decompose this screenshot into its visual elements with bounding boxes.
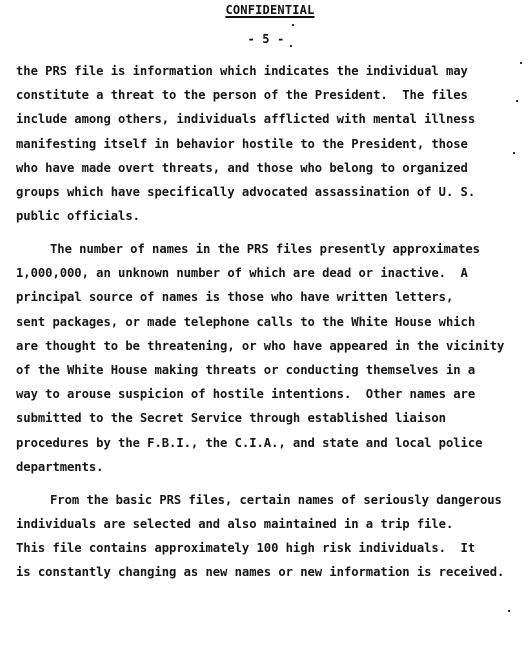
paragraph-2-line: sent packages, or made telephone calls t… [16,315,475,329]
paragraph-2-line: are thought to be threatening, or who ha… [16,339,504,353]
scan-speck [508,610,510,612]
paragraph-3-line: is constantly changing as new names or n… [16,565,504,579]
paragraph-1-line: include among others, individuals afflic… [16,112,475,126]
paragraph-3-line: This file contains approximately 100 hig… [16,541,475,555]
scan-speck [513,152,515,154]
paragraph-3-line: individuals are selected and also mainta… [16,517,453,531]
paragraph-2-line: submitted to the Secret Service through … [16,411,446,425]
paragraph-1-line: the PRS file is information which indica… [16,64,468,78]
scan-speck [516,100,518,102]
scan-speck [300,12,302,14]
scan-speck [292,24,294,26]
paragraph-2-line: principal source of names is those who h… [16,290,453,304]
scan-speck [290,45,292,47]
paragraph-2-line: 1,000,000, an unknown number of which ar… [16,266,468,280]
paragraph-2-line: of the White House making threats or con… [16,363,475,377]
paragraph-2-line: way to arouse suspicion of hostile inten… [16,387,475,401]
paragraph-1-line: groups which have specifically advocated… [16,185,475,199]
document-page: CONFIDENTIAL - 5 - the PRS file is infor… [0,0,528,652]
paragraph-1-line: manifesting itself in behavior hostile t… [16,137,468,151]
paragraph-1-line: public officials. [16,209,140,223]
paragraph-2-line: departments. [16,460,103,474]
paragraph-1-line: constitute a threat to the person of the… [16,88,468,102]
paragraph-2-line: procedures by the F.B.I., the C.I.A., an… [16,436,482,450]
scan-speck [520,62,522,64]
paragraph-2-line: The number of names in the PRS files pre… [50,242,480,256]
paragraph-3-line: From the basic PRS files, certain names … [50,493,502,507]
paragraph-1-line: who have made overt threats, and those w… [16,161,468,175]
page-number: - 5 - [2,32,528,46]
classification-marking: CONFIDENTIAL [6,3,528,17]
